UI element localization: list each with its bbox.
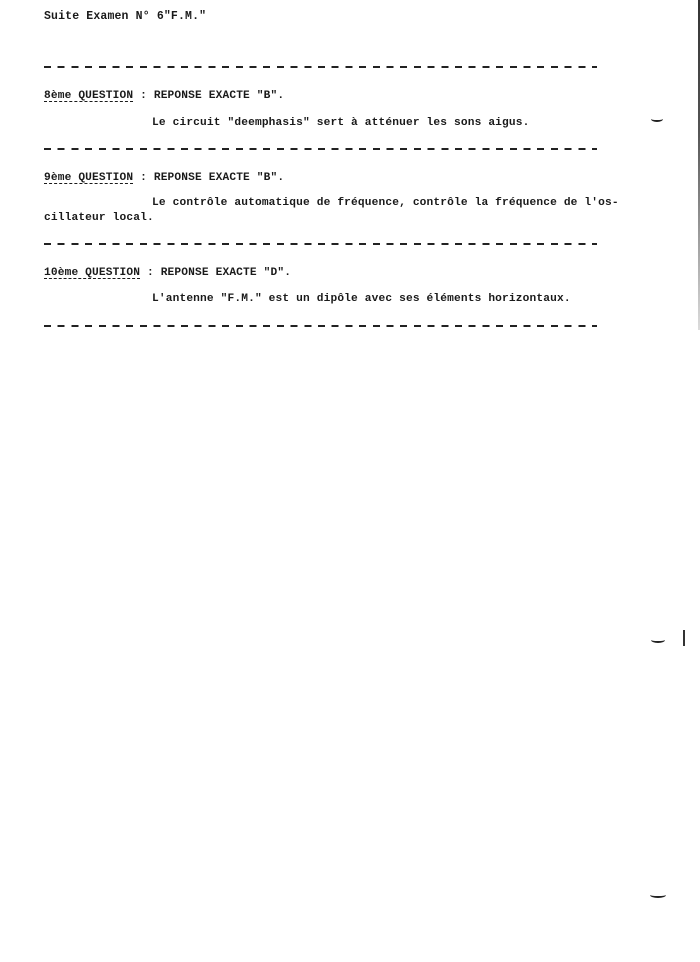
dashed-separator — [44, 66, 597, 68]
question-10-explanation: L'antenne "F.M." est un dipôle avec ses … — [152, 292, 571, 306]
scan-artifact-mark — [651, 637, 665, 643]
scan-artifact-tick — [683, 630, 685, 646]
dashed-separator — [44, 325, 597, 327]
question-9-explanation-line-2: cillateur local. — [44, 211, 154, 225]
dashed-separator — [44, 243, 597, 245]
scan-artifact-mark — [651, 116, 663, 122]
question-9-heading: 9ème QUESTION : REPONSE EXACTE "B". — [44, 171, 284, 185]
question-10-heading: 10ème QUESTION : REPONSE EXACTE "D". — [44, 266, 291, 280]
question-10-answer: REPONSE EXACTE "D". — [161, 267, 291, 279]
question-8-label: 8ème QUESTION — [44, 90, 133, 102]
question-8-explanation: Le circuit "deemphasis" sert à atténuer … — [152, 116, 530, 130]
question-8-answer: REPONSE EXACTE "B". — [154, 90, 284, 102]
question-10-label: 10ème QUESTION — [44, 267, 140, 279]
question-9-separator: : — [133, 172, 154, 184]
question-9-answer: REPONSE EXACTE "B". — [154, 172, 284, 184]
question-9-explanation-line-1: Le contrôle automatique de fréquence, co… — [152, 196, 619, 210]
document-header: Suite Examen N° 6"F.M." — [44, 10, 206, 24]
question-8-separator: : — [133, 90, 154, 102]
dashed-separator — [44, 148, 597, 150]
scan-artifact-mark — [650, 892, 666, 898]
question-10-separator: : — [140, 267, 161, 279]
scanned-page: Suite Examen N° 6"F.M." 8ème QUESTION : … — [0, 0, 700, 962]
question-8-heading: 8ème QUESTION : REPONSE EXACTE "B". — [44, 89, 284, 103]
question-9-label: 9ème QUESTION — [44, 172, 133, 184]
